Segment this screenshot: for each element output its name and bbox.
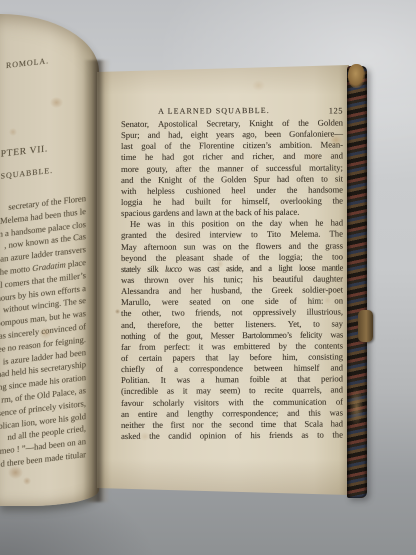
right-page: A LEARNED SQUABBLE. 125 Senator, Apostol… (97, 64, 349, 498)
gutter-shadow (83, 60, 110, 502)
body-line: nothing of the gout, Messer Bartolommeo’… (121, 329, 343, 342)
right-running-header: A LEARNED SQUABBLE. (121, 106, 307, 116)
foxing-spot (252, 80, 265, 91)
marbled-board-edge (347, 66, 367, 498)
left-running-header: ROMOLA. (6, 56, 49, 70)
body-line: stately silk lucco was cast aside, and a… (121, 262, 343, 275)
chapter-subtitle-fragment: NED SQUABBLE. (0, 166, 53, 183)
foxing-spot (115, 309, 120, 314)
body-line: neither the first nor the second time th… (121, 418, 343, 431)
worn-patch (350, 388, 363, 426)
body-line: May afternoon sun was on the flowers and… (121, 240, 343, 253)
page-number: 125 (329, 105, 343, 115)
chapter-heading-fragment: APTER VII. (0, 144, 48, 160)
worn-leather-bump (358, 310, 373, 342)
right-page-text: A LEARNED SQUABBLE. 125 Senator, Apostol… (121, 105, 343, 120)
body-line: loggia he had built for himself, overloo… (121, 195, 343, 208)
book-photograph: ROMOLA. APTER VII. NED SQUABBLE. secreta… (0, 0, 416, 555)
right-page-body: Senator, Apostolical Secretary, Knight o… (121, 117, 343, 442)
body-line: asked the candid opinion of his friends … (121, 429, 343, 442)
worn-corner (348, 64, 365, 88)
left-page-body: secretary of the Floreno Melema had been… (0, 192, 86, 484)
body-line: the other, two friends, not oppressively… (121, 307, 343, 320)
